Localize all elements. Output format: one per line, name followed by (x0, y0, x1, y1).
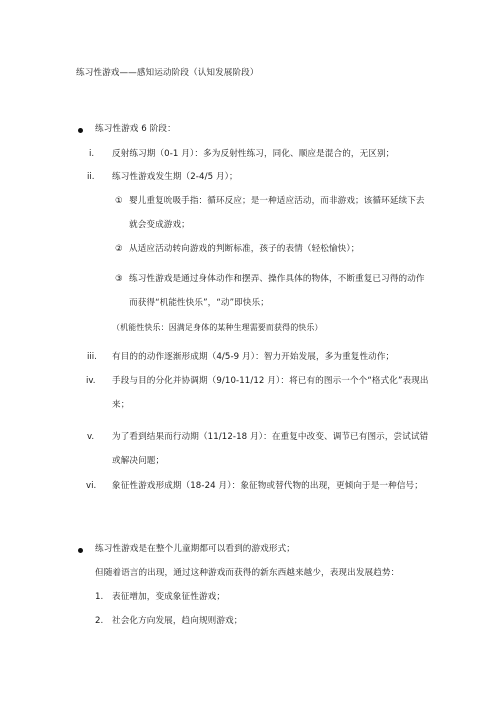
section1-heading: 练习性游戏 6 阶段： (95, 124, 176, 135)
stage-marker: iii. (87, 352, 97, 363)
stage-marker: iv. (86, 376, 96, 387)
sub-item-text: 练习性游戏是通过身体动作和摆弄、操作具体的物体，不断重复已习得的动作 (129, 274, 425, 285)
stage-marker: vi. (86, 481, 96, 492)
list-marker: 2. (95, 616, 103, 627)
stage-text-cont: 来； (112, 400, 129, 411)
sub-item-marker: ② (115, 244, 123, 255)
stage-text: 手段与目的分化并协调期（9/10-11/12 月）：将已有的图示一个个“格式化”… (112, 376, 429, 387)
sub-item-text-cont: 就会变成游戏； (129, 220, 190, 231)
stage-text: 为了看到结果而行动期（11/12-18 月）：在重复中改变、调节已有图示，尝试试… (112, 432, 428, 443)
list-item-text: 表征增加，变成象征性游戏； (112, 592, 225, 603)
bullet-icon (78, 548, 83, 553)
list-item-text: 社会化方向发展，趋向规则游戏； (112, 616, 242, 627)
sub-item-text: 从适应活动转向游戏的判断标准，孩子的表情（轻松愉快）； (129, 244, 359, 255)
sub-item-text-cont: 而获得“机能性快乐”，“动”即快乐； (129, 298, 269, 309)
section2-intro: 但随着语言的出现，通过这种游戏而获得的新东西越来越少，表现出发展趋势： (95, 568, 399, 579)
section2-heading: 练习性游戏是在整个儿童期都可以看到的游戏形式； (95, 544, 295, 555)
stage-text: 有目的的动作逐渐形成期（4/5-9 月）：智力开始发展，多为重复性动作； (112, 352, 394, 363)
stage-marker: ii. (87, 172, 95, 183)
stage-marker: i. (89, 149, 94, 160)
list-marker: 1. (95, 592, 103, 603)
stage-text: 象征性游戏形成期（18-24 月）：象征物或替代物的出现，更倾向于是一种信号； (112, 481, 423, 492)
bullet-icon (78, 128, 83, 133)
sub-item-text: 婴儿重复吮吸手指：循环反应；是一种适应活动，而非游戏；该循环延续下去 (129, 196, 425, 207)
note-text: （机能性快乐：因满足身体的某种生理需要而获得的快乐） (112, 322, 323, 333)
stage-text: 练习性游戏发生期（2-4/5 月）； (112, 172, 238, 183)
sub-item-marker: ① (115, 196, 123, 207)
stage-marker: v. (87, 432, 94, 443)
stage-text-cont: 或解决问题； (112, 456, 164, 467)
sub-item-marker: ③ (115, 274, 123, 285)
stage-text: 反射练习期（0-1 月）：多为反射性练习，同化、顺应是混合的，无区别； (112, 149, 394, 160)
document-page: 练习性游戏——感知运动阶段（认知发展阶段） 练习性游戏 6 阶段： i. 反射练… (0, 0, 500, 707)
document-title: 练习性游戏——感知运动阶段（认知发展阶段） (76, 68, 259, 79)
